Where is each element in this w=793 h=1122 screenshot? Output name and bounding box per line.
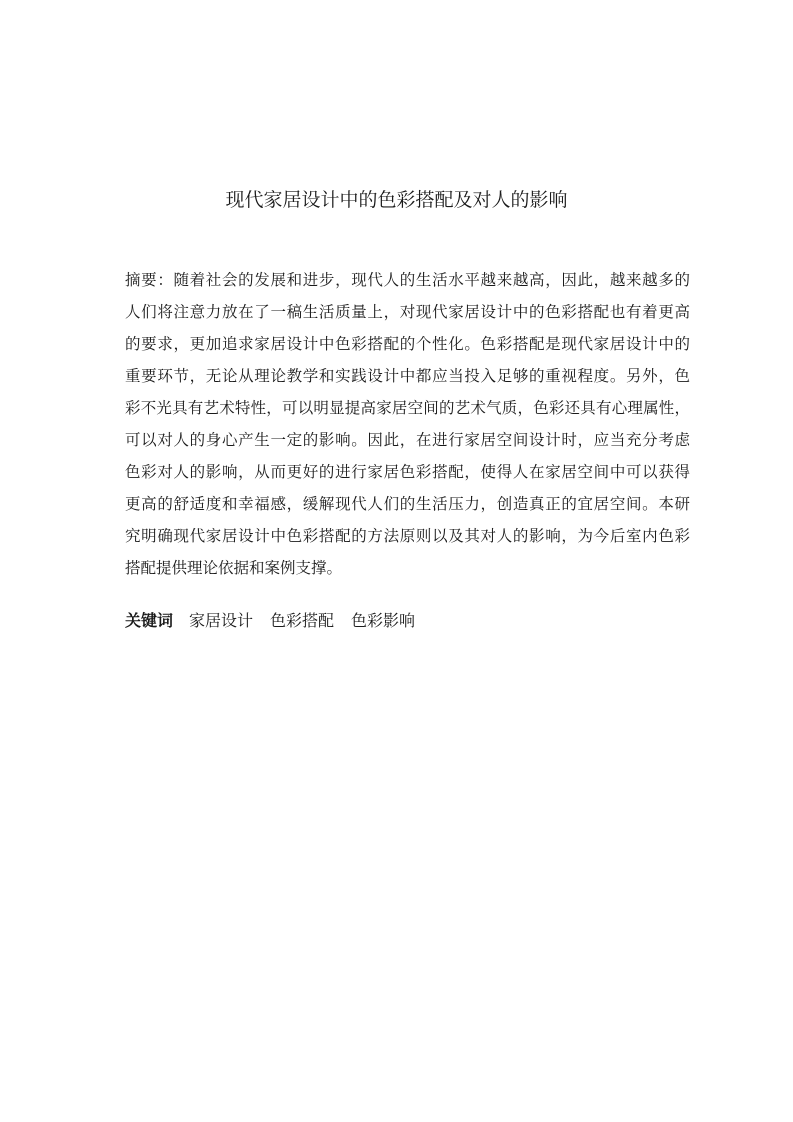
abstract-line: 可以对人的身心产生一定的影响。因此，在进行家居空间设计时，应当充分考虑	[125, 425, 690, 457]
abstract-line: 彩不光具有艺术特性，可以明显提高家居空间的艺术气质，色彩还具有心理属性，	[125, 393, 690, 425]
abstract-line: 重要环节，无论从理论教学和实践设计中都应当投入足够的重视程度。另外，色	[125, 361, 690, 393]
keyword-item: 色彩影响	[351, 613, 415, 630]
abstract-paragraph: 摘要：随着社会的发展和进步，现代人的生活水平越来越高，因此，越来越多的 人们将注…	[125, 265, 690, 585]
abstract-line: 的要求，更加追求家居设计中色彩搭配的个性化。色彩搭配是现代家居设计中的	[125, 329, 690, 361]
document-page: 现代家居设计中的色彩搭配及对人的影响 摘要：随着社会的发展和进步，现代人的生活水…	[0, 0, 793, 1122]
abstract-line: 人们将注意力放在了一稿生活质量上，对现代家居设计中的色彩搭配也有着更高	[125, 297, 690, 329]
keywords-line: 关键词家居设计色彩搭配色彩影响	[125, 606, 690, 638]
keyword-item: 家居设计	[189, 613, 253, 630]
abstract-line: 搭配提供理论依据和案例支撑。	[125, 553, 690, 585]
keywords-label: 关键词	[125, 613, 173, 630]
abstract-line: 究明确现代家居设计中色彩搭配的方法原则以及其对人的影响，为今后室内色彩	[125, 521, 690, 553]
keyword-item: 色彩搭配	[270, 613, 334, 630]
abstract-line: 色彩对人的影响，从而更好的进行家居色彩搭配，使得人在家居空间中可以获得	[125, 457, 690, 489]
page-title: 现代家居设计中的色彩搭配及对人的影响	[0, 187, 793, 215]
abstract-line: 更高的舒适度和幸福感，缓解现代人们的生活压力，创造真正的宜居空间。本研	[125, 489, 690, 521]
abstract-line: 摘要：随着社会的发展和进步，现代人的生活水平越来越高，因此，越来越多的	[125, 265, 690, 297]
